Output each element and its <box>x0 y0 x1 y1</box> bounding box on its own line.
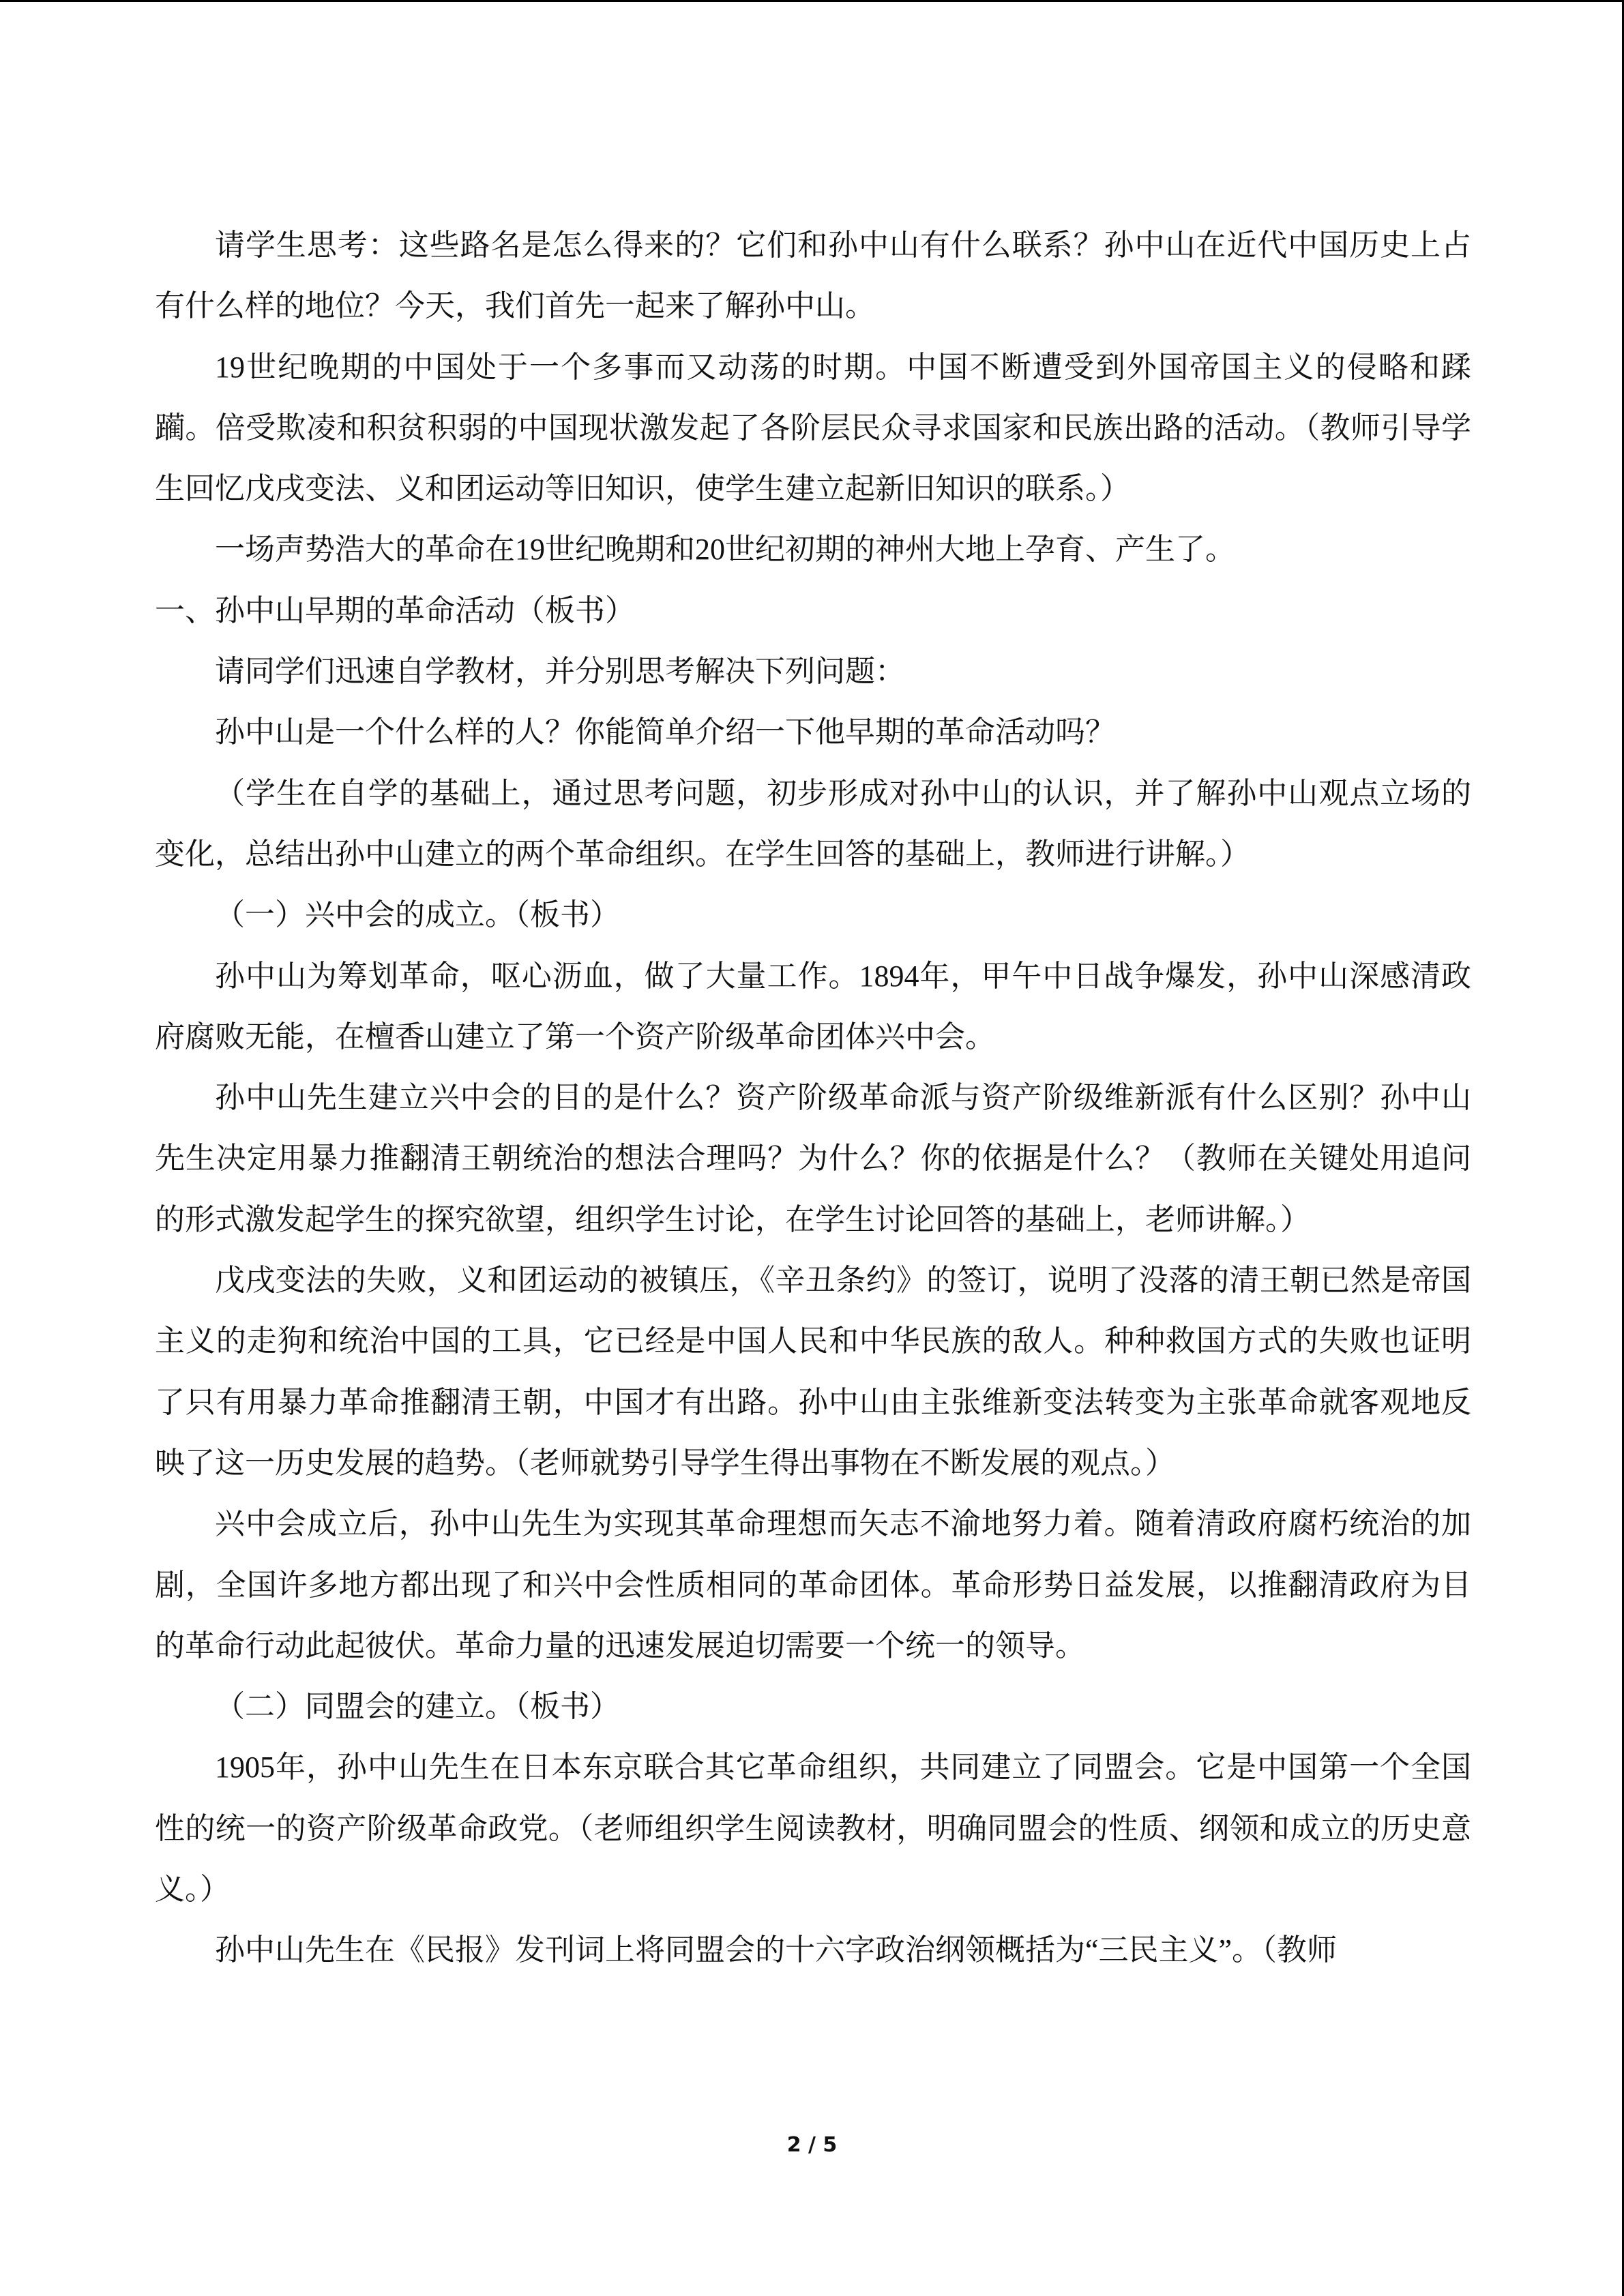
subheading-tongmenghui: （二）同盟会的建立。（板书） <box>155 1676 1471 1737</box>
paragraph-question-who: 孙中山是一个什么样的人？你能简单介绍一下他早期的革命活动吗？ <box>155 702 1471 762</box>
paragraph-after-xingzhonghui: 兴中会成立后，孙中山先生为实现其革命理想而矢志不渝地努力着。随着清政府腐朽统治的… <box>155 1493 1471 1676</box>
section-heading-early-activities: 一、孙中山早期的革命活动（板书） <box>155 580 1471 641</box>
document-page: 请学生思考：这些路名是怎么得来的？它们和孙中山有什么联系？孙中山在近代中国历史上… <box>0 0 1624 2296</box>
paragraph-xingzhonghui-founding: 孙中山为筹划革命，呕心沥血，做了大量工作。1894年，甲午中日战争爆发，孙中山深… <box>155 946 1471 1068</box>
paragraph-revolution-emerges: 一场声势浩大的革命在19世纪晚期和20世纪初期的神州大地上孕育、产生了。 <box>155 519 1471 580</box>
paragraph-tongmenghui-founding: 1905年，孙中山先生在日本东京联合其它革命组织，共同建立了同盟会。它是中国第一… <box>155 1737 1471 1920</box>
paragraph-historical-background: 19世纪晚期的中国处于一个多事而又动荡的时期。中国不断遭受到外国帝国主义的侵略和… <box>155 337 1471 520</box>
page-number: 2 / 5 <box>0 2133 1624 2157</box>
paragraph-three-principles: 孙中山先生在《民报》发刊词上将同盟会的十六字政治纲领概括为“三民主义”。（教师 <box>155 1920 1471 1980</box>
paragraph-failure-analysis: 戊戌变法的失败，义和团运动的被镇压，《辛丑条约》的签订，说明了没落的清王朝已然是… <box>155 1250 1471 1493</box>
paragraph-intro-question: 请学生思考：这些路名是怎么得来的？它们和孙中山有什么联系？孙中山在近代中国历史上… <box>155 215 1471 337</box>
paragraph-xingzhonghui-questions: 孙中山先生建立兴中会的目的是什么？资产阶级革命派与资产阶级维新派有什么区别？孙中… <box>155 1067 1471 1250</box>
paragraph-teacher-note-1: （学生在自学的基础上，通过思考问题，初步形成对孙中山的认识，并了解孙中山观点立场… <box>155 763 1471 885</box>
subheading-xingzhonghui: （一）兴中会的成立。（板书） <box>155 884 1471 945</box>
paragraph-self-study-prompt: 请同学们迅速自学教材，并分别思考解决下列问题： <box>155 641 1471 702</box>
document-body: 请学生思考：这些路名是怎么得来的？它们和孙中山有什么联系？孙中山在近代中国历史上… <box>155 215 1471 1981</box>
